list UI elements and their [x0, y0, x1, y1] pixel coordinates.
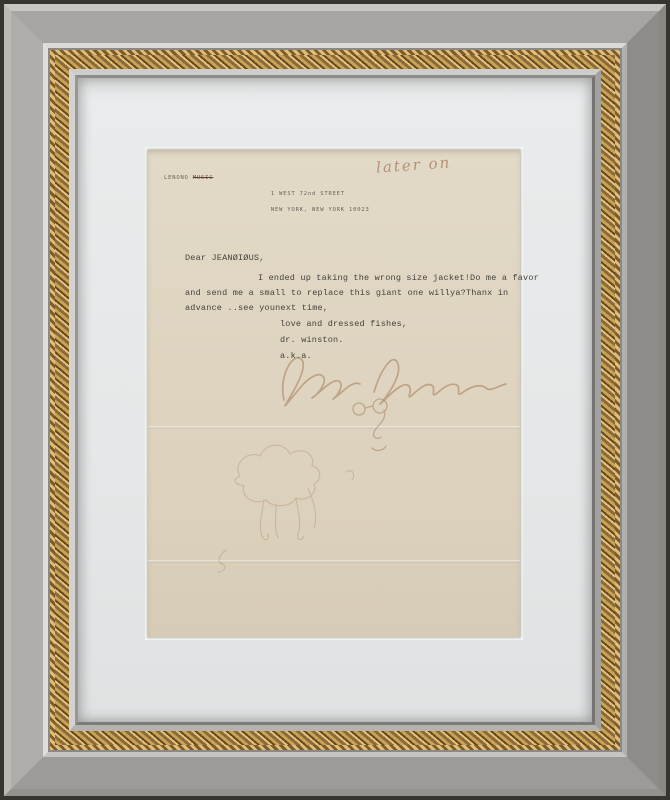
letterhead-name: LENONO — [164, 175, 193, 181]
letterhead: LENONO MUSIC 1 WEST 72nd STREET NEW YORK… — [164, 174, 370, 222]
frame-outer-dark-edge: LENONO MUSIC 1 WEST 72nd STREET NEW YORK… — [0, 0, 670, 800]
frame-silver-highlight-band: LENONO MUSIC 1 WEST 72nd STREET NEW YORK… — [4, 4, 666, 796]
animal-sketch-doodle — [206, 432, 396, 592]
letter-body-line1: I ended up taking the wrong size jacket!… — [258, 273, 539, 283]
letter-body-line2: and send me a small to replace this gian… — [185, 288, 508, 298]
frame-gold-ornate-band: LENONO MUSIC 1 WEST 72nd STREET NEW YORK… — [55, 55, 615, 745]
handwritten-annotation: later on — [375, 153, 451, 176]
letterhead-address1: 1 WEST 72nd STREET — [271, 191, 345, 197]
frame-gold-rope-trim: LENONO MUSIC 1 WEST 72nd STREET NEW YORK… — [50, 50, 620, 750]
paper-fold-crease — [148, 426, 520, 429]
frame-inner-lip-dark: LENONO MUSIC 1 WEST 72nd STREET NEW YORK… — [75, 75, 595, 725]
mat-board: LENONO MUSIC 1 WEST 72nd STREET NEW YORK… — [78, 78, 592, 722]
framed-letter-photo: LENONO MUSIC 1 WEST 72nd STREET NEW YORK… — [0, 0, 670, 800]
letter-body-line3: advance ..see younext time, — [185, 303, 328, 313]
letterhead-struck-word: MUSIC — [193, 175, 214, 181]
frame-silver-step: LENONO MUSIC 1 WEST 72nd STREET NEW YORK… — [43, 43, 627, 757]
letterhead-address2: NEW YORK, NEW YORK 10023 — [271, 207, 370, 213]
frame-inner-lip-light: LENONO MUSIC 1 WEST 72nd STREET NEW YORK… — [69, 69, 601, 731]
letter-closing-line1: love and dressed fishes, — [280, 319, 407, 329]
frame-silver-main-band: LENONO MUSIC 1 WEST 72nd STREET NEW YORK… — [11, 11, 659, 789]
frame-groove: LENONO MUSIC 1 WEST 72nd STREET NEW YORK… — [48, 48, 622, 752]
letter-salutation: Dear JEANØIØUS, — [185, 253, 265, 263]
letter-paper: LENONO MUSIC 1 WEST 72nd STREET NEW YORK… — [148, 150, 520, 637]
